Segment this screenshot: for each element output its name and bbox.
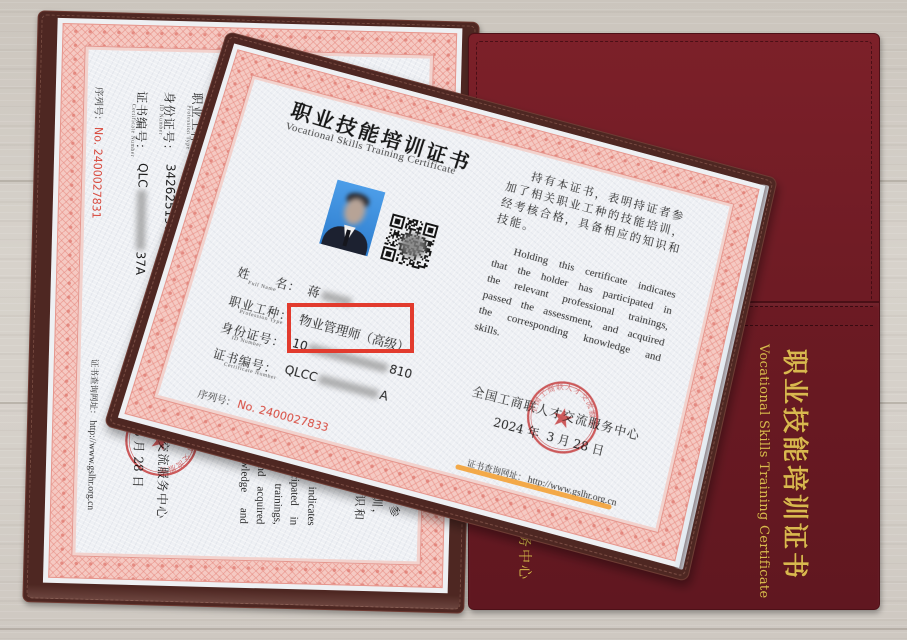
serial-number: 序列号：No. 2400027831 [88,87,111,219]
redaction-blur [136,189,147,249]
field-value: QLC37A [133,163,150,275]
verification-label: 证书查询网址： [87,359,99,419]
cover-title-english: Vocational Skills Training Certificate [755,344,771,584]
name-visible-part: 蒋 [305,282,321,300]
verification-line: 证书查询网址：http://www.gslhr.org.cn [84,359,107,511]
floor-plank-seam [0,628,907,630]
serial-value: No. 2400027831 [89,127,105,219]
id-prefix: 10 [290,335,309,353]
verification-url: http://www.gslhr.org.cn [85,420,98,510]
star-icon [550,405,574,429]
cert-no-prefix: QLC [135,163,150,188]
cert-no-suffix: 37A [133,251,148,275]
field-label-english: ID Number [157,104,164,135]
redaction-blur [320,290,352,306]
serial-label: 序列号： [92,87,104,125]
cert-no-suffix: A [378,387,390,403]
cover-title-chinese: 职业技能培训证书 [778,345,810,585]
